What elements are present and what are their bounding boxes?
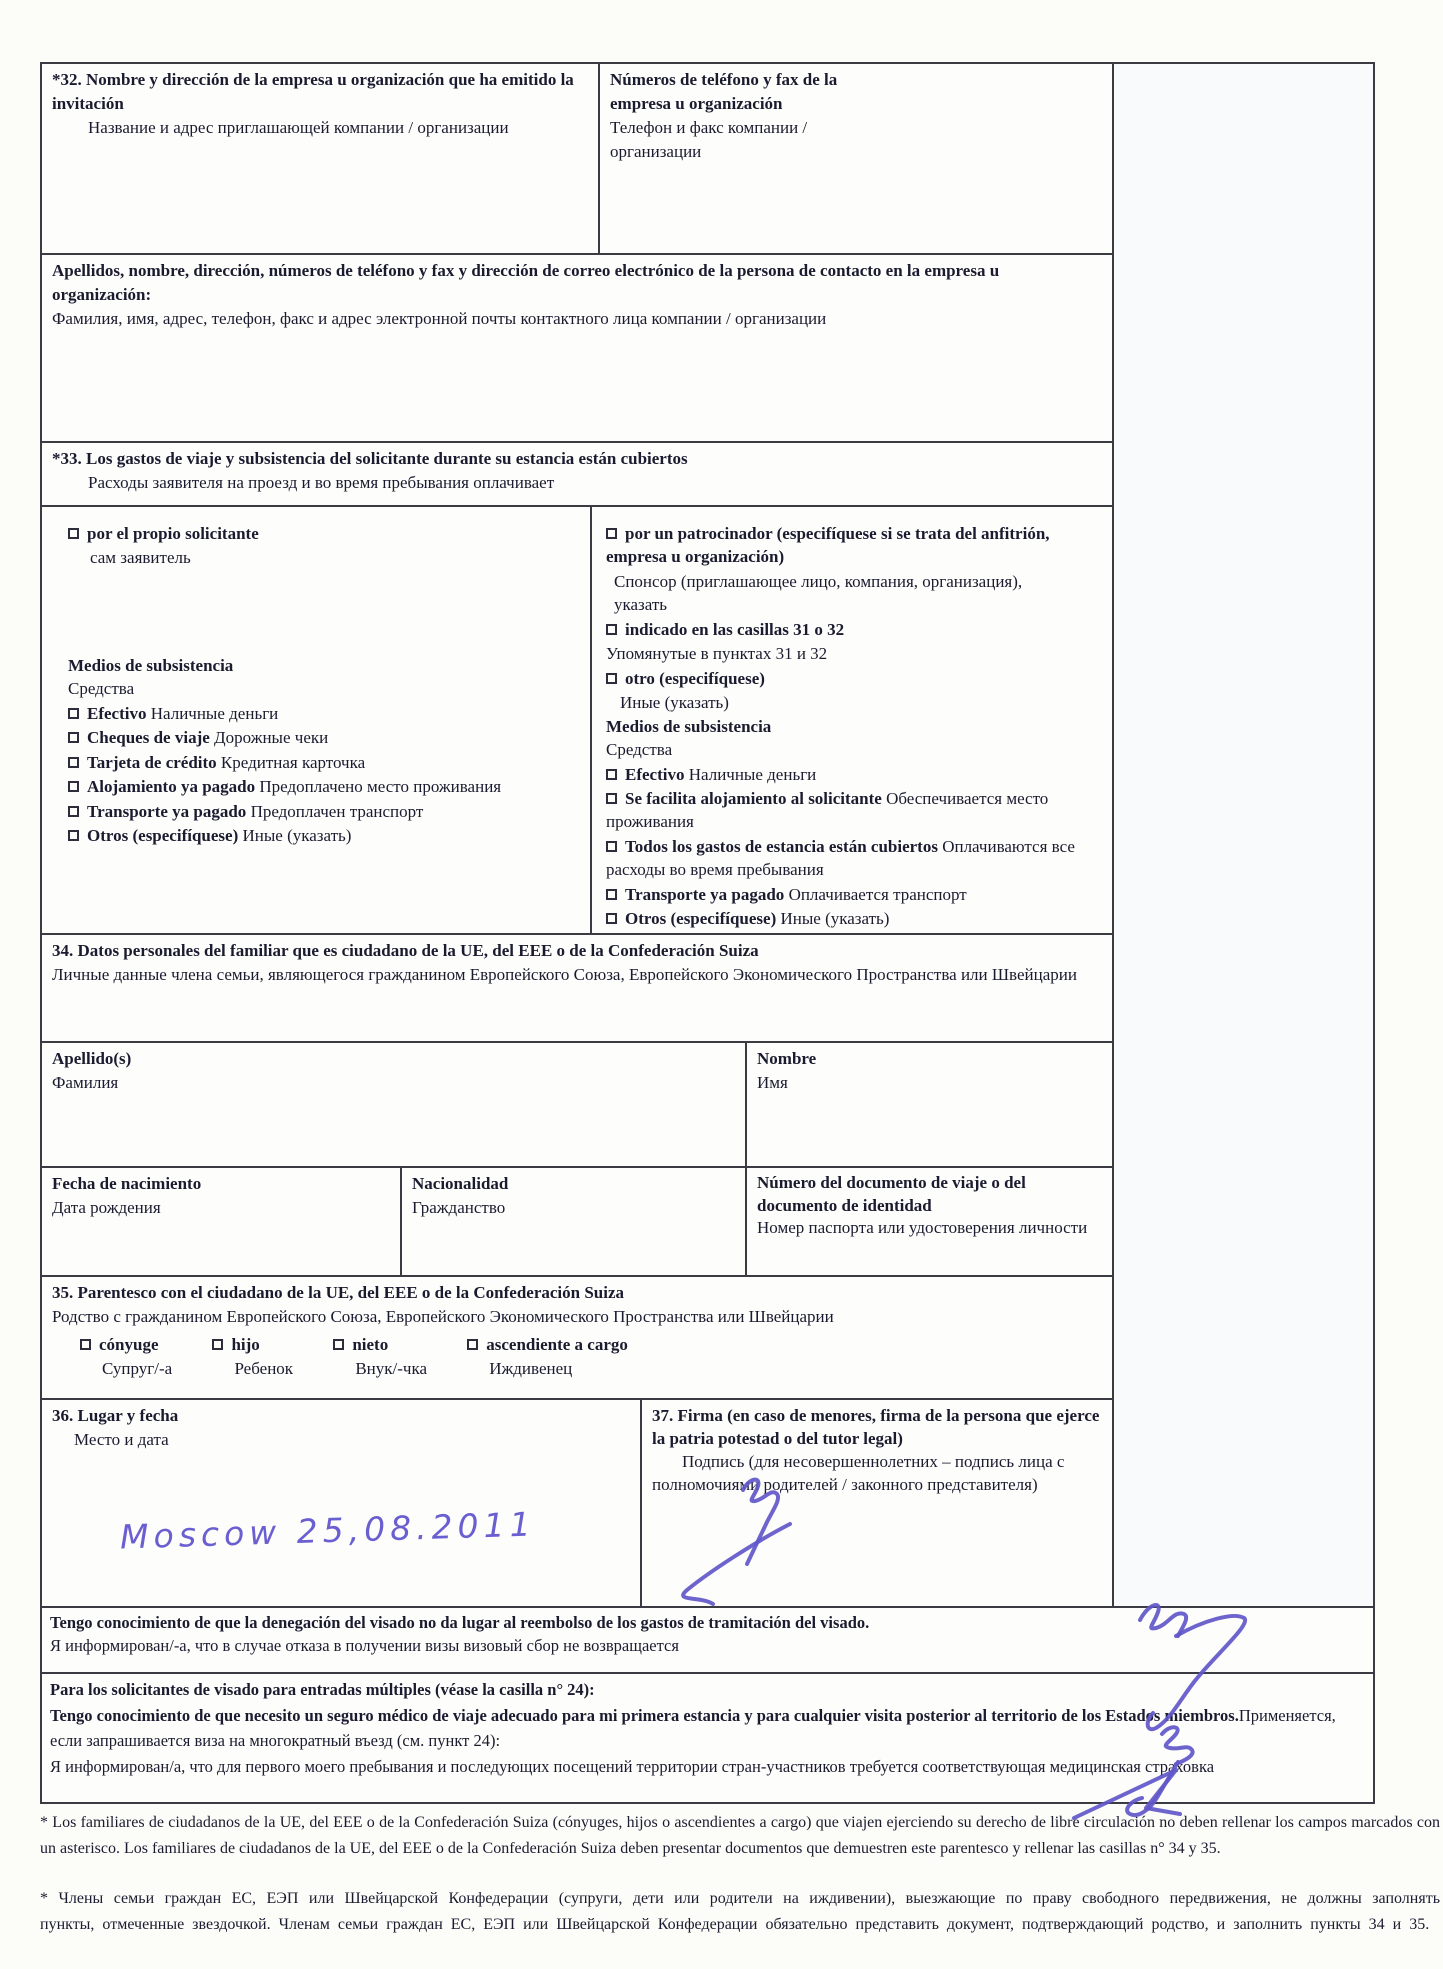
- field-37-label-ru: Подпись (для несовершеннолетних – подпис…: [652, 1450, 1102, 1496]
- checkbox-prepaid-transport[interactable]: [68, 806, 79, 817]
- field-nationality-cell: Nacionalidad Гражданство: [400, 1166, 747, 1277]
- item-label-ru: Дорожные чеки: [214, 728, 328, 747]
- by-applicant-label-ru: сам заявитель: [90, 546, 580, 569]
- field-34-label-es: 34. Datos personales del familiar que es…: [52, 939, 1102, 963]
- phone-fax-label-ru: Телефон и факс компании / организации: [610, 116, 860, 164]
- footnote-es: * Los familiares de ciudadanos de la UE,…: [40, 1810, 1440, 1861]
- means-heading-ru: Средства: [68, 677, 580, 700]
- field-32-invitation-cell: *32. Nombre y dirección de la empresa u …: [40, 62, 600, 255]
- checkbox-referred-31-32[interactable]: [606, 624, 617, 635]
- field-35-label-es: 35. Parentesco con el ciudadano de la UE…: [52, 1281, 1102, 1305]
- contact-label-ru: Фамилия, имя, адрес, телефон, факс и адр…: [52, 307, 1102, 331]
- field-document-number-cell: Número del documento de viaje o del docu…: [745, 1166, 1114, 1277]
- option-label-ru: Иждивенец: [467, 1357, 628, 1381]
- item-label-es: Alojamiento ya pagado: [87, 777, 255, 796]
- field-37-label-es: 37. Firma (en caso de menores, firma de …: [652, 1404, 1102, 1450]
- item-label-ru: Оплачивается транспорт: [789, 885, 967, 904]
- field-36-label-ru: Место и дата: [74, 1428, 630, 1452]
- option-label-ru: Ребенок: [212, 1357, 293, 1381]
- item-label-ru: Иные (указать): [243, 826, 352, 845]
- item-label-ru: Предоплачено место проживания: [259, 777, 501, 796]
- multiple-entry-heading: Para los solicitantes de visado para ent…: [50, 1677, 1365, 1703]
- field-34-header-cell: 34. Datos personales del familiar que es…: [40, 933, 1114, 1043]
- means-item: Transporte ya pagado Оплачивается трансп…: [606, 883, 1104, 906]
- checkbox-cash[interactable]: [68, 708, 79, 719]
- item-label-es: Efectivo: [625, 765, 684, 784]
- document-number-label-es: Número del documento de viaje o del docu…: [757, 1172, 1102, 1217]
- field-firstname-cell: Nombre Имя: [745, 1041, 1114, 1168]
- relationship-option: ascendiente a cargo Иждивенец: [467, 1333, 628, 1381]
- refusal-notice-es: Tengo conocimiento de que la denegación …: [50, 1611, 1365, 1634]
- relationship-option: nieto Внук/-чка: [333, 1333, 427, 1381]
- item-label-es: Tarjeta de crédito: [87, 753, 217, 772]
- means-item: Otros (especifíquese) Иные (указать): [68, 824, 580, 847]
- multiple-entry-notice-box: Para los solicitantes de visado para ent…: [40, 1672, 1375, 1804]
- item-label-es: Transporte ya pagado: [87, 802, 246, 821]
- means-heading-es: Medios de subsistencia: [68, 654, 580, 677]
- means-item: Efectivo Наличные деньги: [68, 702, 580, 725]
- document-number-label-ru: Номер паспорта или удостоверения личност…: [757, 1217, 1102, 1240]
- item-label-es: Todos los gastos de estancia están cubie…: [625, 837, 938, 856]
- field-33-header-cell: *33. Los gastos de viaje y subsistencia …: [40, 441, 1114, 507]
- checkbox-by-sponsor[interactable]: [606, 528, 617, 539]
- field-33-label-ru: Расходы заявителя на проезд и во время п…: [88, 471, 1102, 495]
- checkbox-travellers-cheques[interactable]: [68, 732, 79, 743]
- item-label-es: Se facilita alojamiento al solicitante: [625, 789, 882, 808]
- item-label-ru: Наличные деньги: [151, 704, 279, 723]
- multiple-entry-body-ru2: Я информирован/а, что для первого моего …: [50, 1754, 1365, 1780]
- item-label-es: Otros (especifíquese): [87, 826, 238, 845]
- checkbox-other-sponsor[interactable]: [606, 673, 617, 684]
- means-heading-es: Medios de subsistencia: [606, 715, 1104, 738]
- item-label-es: Efectivo: [87, 704, 146, 723]
- relationship-option: hijo Ребенок: [212, 1333, 293, 1381]
- visa-application-form-page: *32. Nombre y dirección de la empresa u …: [0, 0, 1443, 1969]
- checkbox-child[interactable]: [212, 1339, 223, 1350]
- option-label-es: nieto: [352, 1335, 388, 1354]
- footnote-ru: * Члены семьи граждан ЕС, ЕЭП или Швейца…: [40, 1886, 1440, 1937]
- checkbox-all-expenses-covered[interactable]: [606, 841, 617, 852]
- checkbox-accommodation-provided[interactable]: [606, 793, 617, 804]
- item-label-ru: Кредитная карточка: [221, 753, 365, 772]
- item-label-es: Otros (especifíquese): [625, 909, 776, 928]
- field-35-label-ru: Родство с гражданином Европейского Союза…: [52, 1305, 1102, 1329]
- field-37-signature-cell: 37. Firma (en caso de menores, firma de …: [640, 1398, 1114, 1608]
- item-label-ru: Наличные деньги: [689, 765, 817, 784]
- firstname-label-ru: Имя: [757, 1071, 1102, 1095]
- means-item: Se facilita alojamiento al solicitante О…: [606, 787, 1104, 834]
- checkbox-cash-sponsor[interactable]: [606, 769, 617, 780]
- nationality-label-es: Nacionalidad: [412, 1172, 735, 1196]
- referred-label-ru: Упомянутые в пунктах 31 и 32: [606, 642, 1104, 665]
- other-sponsor-label-ru: Иные (указать): [620, 691, 1104, 714]
- field-surname-cell: Apellido(s) Фамилия: [40, 1041, 747, 1168]
- means-item: Efectivo Наличные деньги: [606, 763, 1104, 786]
- checkbox-other-sponsor-means[interactable]: [606, 913, 617, 924]
- field-contact-person-cell: Apellidos, nombre, dirección, números de…: [40, 253, 1114, 443]
- surname-label-es: Apellido(s): [52, 1047, 735, 1071]
- field-phone-fax-cell: Números de teléfono y fax de la empresa …: [598, 62, 1114, 255]
- field-33-left-column: por el propio solicitante сам заявитель …: [40, 505, 592, 935]
- multiple-entry-body-es: Tengo conocimiento de que necesito un se…: [50, 1706, 1239, 1725]
- option-label-ru: Внук/-чка: [333, 1357, 427, 1381]
- option-label-es: cónyuge: [99, 1335, 159, 1354]
- dob-label-ru: Дата рождения: [52, 1196, 390, 1220]
- firstname-label-es: Nombre: [757, 1047, 1102, 1071]
- item-label-ru: Предоплачен транспорт: [251, 802, 424, 821]
- checkbox-dependent-ascendant[interactable]: [467, 1339, 478, 1350]
- means-heading-ru: Средства: [606, 738, 1104, 761]
- means-item: Otros (especifíquese) Иные (указать): [606, 907, 1104, 930]
- field-32-label-es: *32. Nombre y dirección de la empresa u …: [52, 68, 588, 116]
- option-label-es: hijo: [231, 1335, 259, 1354]
- sponsor-label-ru: Спонсор (приглашающее лицо, компания, ор…: [614, 570, 1034, 617]
- multiple-entry-body: Tengo conocimiento de que necesito un se…: [50, 1703, 1365, 1780]
- surname-label-ru: Фамилия: [52, 1071, 735, 1095]
- field-36-place-date-cell: 36. Lugar y fecha Место и дата: [40, 1398, 642, 1608]
- checkbox-prepaid-accommodation[interactable]: [68, 781, 79, 792]
- field-32-label-ru: Название и адрес приглашающей компании /…: [88, 116, 588, 140]
- field-dob-cell: Fecha de nacimiento Дата рождения: [40, 1166, 402, 1277]
- item-label-ru: Иные (указать): [781, 909, 890, 928]
- checkbox-other-means[interactable]: [68, 830, 79, 841]
- checkbox-grandchild[interactable]: [333, 1339, 344, 1350]
- phone-fax-label-es: Números de teléfono y fax de la empresa …: [610, 68, 880, 116]
- referred-label-es: indicado en las casillas 31 o 32: [625, 620, 844, 639]
- field-33-right-column: por un patrocinador (especifíquese si se…: [590, 505, 1114, 935]
- checkbox-spouse[interactable]: [80, 1339, 91, 1350]
- means-item: Alojamiento ya pagado Предоплачено место…: [68, 775, 580, 798]
- checkbox-by-applicant[interactable]: [68, 528, 79, 539]
- field-35-cell: 35. Parentesco con el ciudadano de la UE…: [40, 1275, 1114, 1400]
- refusal-notice-ru: Я информирован/-а, что в случае отказа в…: [50, 1634, 1365, 1657]
- dob-label-es: Fecha de nacimiento: [52, 1172, 390, 1196]
- means-item: Tarjeta de crédito Кредитная карточка: [68, 751, 580, 774]
- means-item: Cheques de viaje Дорожные чеки: [68, 726, 580, 749]
- item-label-es: Transporte ya pagado: [625, 885, 784, 904]
- option-label-es: ascendiente a cargo: [486, 1335, 628, 1354]
- means-item: Todos los gastos de estancia están cubie…: [606, 835, 1104, 882]
- field-36-label-es: 36. Lugar y fecha: [52, 1404, 630, 1428]
- field-34-label-ru: Личные данные члена семьи, являющегося г…: [52, 963, 1102, 987]
- refusal-notice-box: Tengo conocimiento de que la denegación …: [40, 1606, 1375, 1674]
- relationship-option: cónyuge Супруг/-а: [80, 1333, 172, 1381]
- contact-label-es: Apellidos, nombre, dirección, números de…: [52, 259, 1102, 307]
- official-use-column: [1112, 62, 1375, 1608]
- item-label-es: Cheques de viaje: [87, 728, 210, 747]
- field-33-label-es: *33. Los gastos de viaje y subsistencia …: [52, 447, 1102, 471]
- checkbox-transport-paid[interactable]: [606, 889, 617, 900]
- option-label-ru: Супруг/-а: [80, 1357, 172, 1381]
- other-sponsor-label-es: otro (especifíquese): [625, 669, 765, 688]
- means-item: Transporte ya pagado Предоплачен транспо…: [68, 800, 580, 823]
- by-applicant-label-es: por el propio solicitante: [87, 524, 259, 543]
- nationality-label-ru: Гражданство: [412, 1196, 735, 1220]
- sponsor-label-es: por un patrocinador (especifíquese si se…: [606, 524, 1050, 566]
- checkbox-credit-card[interactable]: [68, 757, 79, 768]
